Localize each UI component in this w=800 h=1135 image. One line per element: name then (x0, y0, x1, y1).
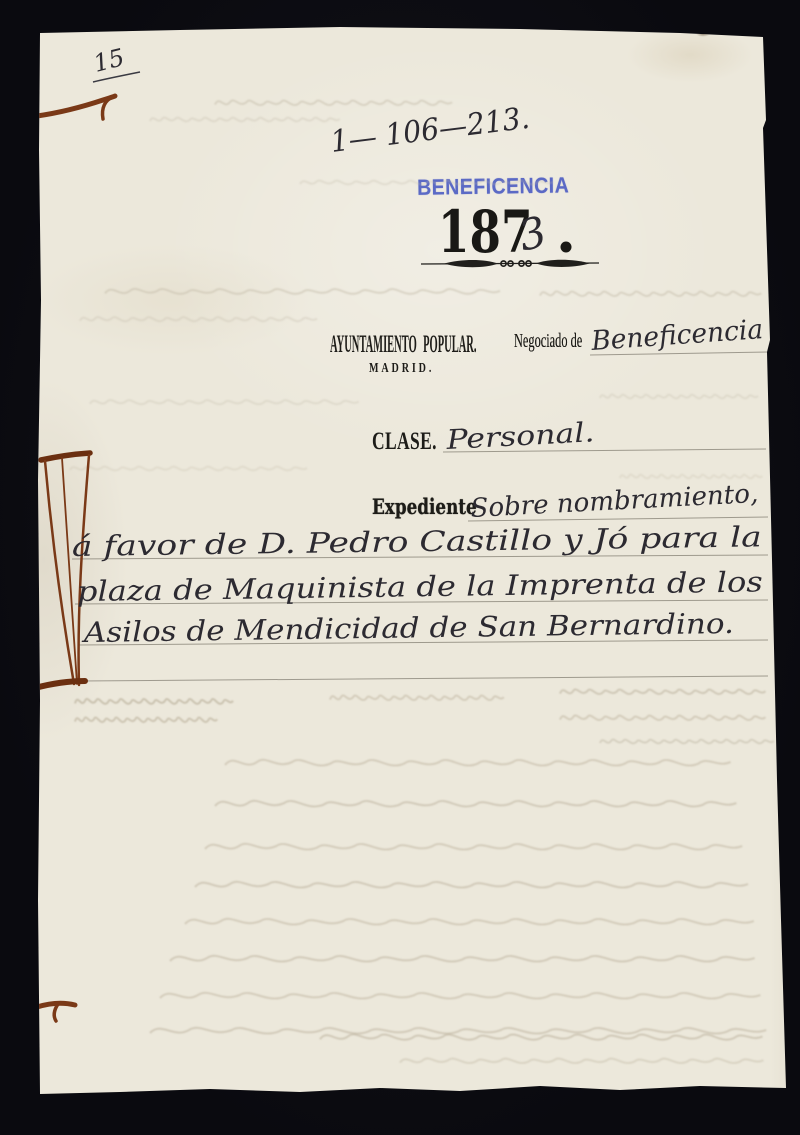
ink-overlay: 15 1— 106—213. 3 Beneficencia Personal. … (0, 0, 800, 1135)
clase-value: Personal. (445, 417, 596, 456)
negociado-value: Beneficencia (589, 314, 764, 357)
binding-thread-middle (35, 453, 90, 688)
reference-number: 1— 106—213. (329, 101, 532, 160)
expediente-line-2: á favor de D. Pedro Castillo y Jó para l… (72, 520, 762, 563)
binding-thread-top (37, 96, 115, 119)
ornamental-divider (421, 260, 599, 267)
expediente-line-3: plaza de Maquinista de la Imprenta de lo… (77, 565, 763, 608)
folio-number: 15 (91, 43, 140, 82)
scanned-document: AYUNTAMIENTO POPULAR. MADRID. Negociado … (0, 0, 800, 1135)
document-page: AYUNTAMIENTO POPULAR. MADRID. Negociado … (0, 0, 800, 1135)
binding-thread-bottom (37, 1003, 75, 1021)
expediente-line-4: Asilos de Mendicidad de San Bernardino. (80, 607, 734, 649)
year-period (561, 242, 572, 253)
folio-number-text: 15 (91, 43, 127, 78)
year-handwritten-digit: 3 (514, 207, 552, 261)
